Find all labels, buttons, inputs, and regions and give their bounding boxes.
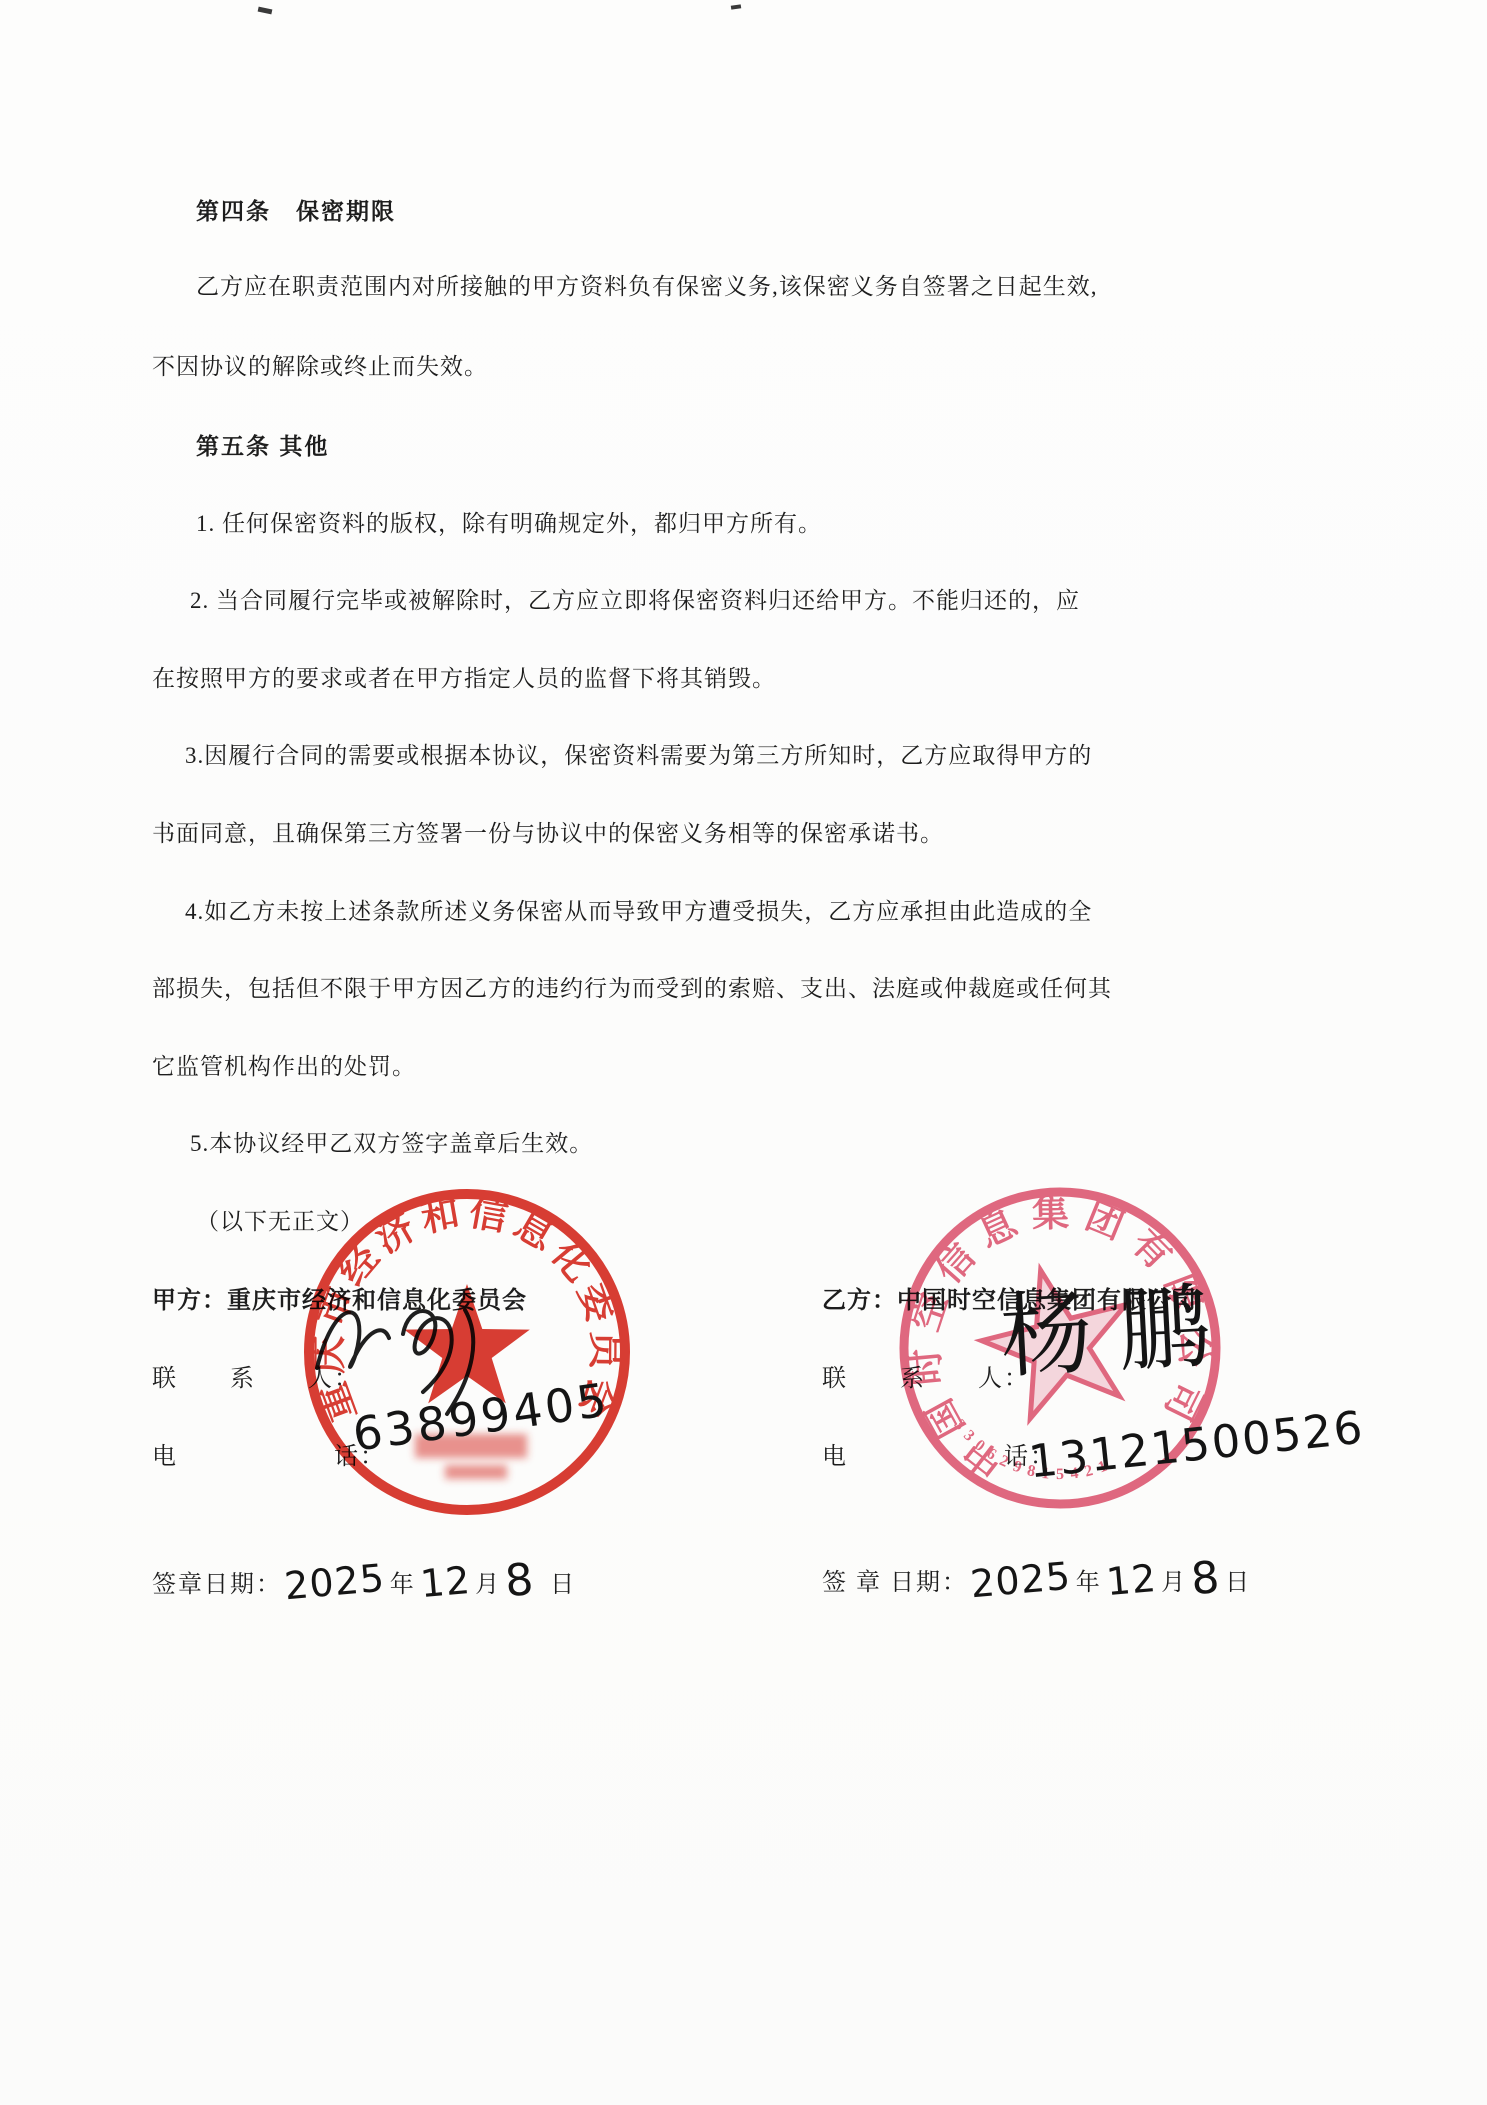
month-unit: 月: [475, 1564, 500, 1599]
clause-4-paragraph-line-2: 不因协议的解除或终止而失效。: [152, 348, 488, 381]
party-b-date-label: 签 章 日期：: [822, 1562, 968, 1597]
clause-5-item-3-line-1: 3.因履行合同的需要或根据本协议，保密资料需要为第三方所知时，乙方应取得甲方的: [185, 737, 1092, 770]
party-b-date-year-handwritten: 2025: [969, 1557, 1073, 1604]
party-b-contact-handwritten: 杨鹏: [997, 1252, 1240, 1396]
clause-5-item-2-line-1: 2. 当合同履行完毕或被解除时，乙方应立即将保密资料归还给甲方。不能归还的，应: [190, 582, 1080, 615]
party-a-date-line: 签章日期： 2025 年 12 月 8 日: [152, 1556, 578, 1600]
clause-4-heading: 第四条 保密期限: [196, 193, 396, 226]
day-unit: 日: [1225, 1562, 1250, 1597]
month-unit: 月: [1161, 1562, 1186, 1597]
party-b-date-day-handwritten: 8: [1189, 1556, 1222, 1602]
party-b-date-month-handwritten: 12: [1104, 1559, 1157, 1601]
scan-artifact: [731, 4, 741, 9]
clause-4-paragraph-line-1: 乙方应在职责范围内对所接触的甲方资料负有保密义务,该保密义务自签署之日起生效,: [196, 268, 1098, 301]
clause-5-item-4-line-2: 部损失，包括但不限于甲方因乙方的违约行为而受到的索赔、支出、法庭或仲裁庭或任何其: [152, 970, 1112, 1003]
party-b-date-line: 签 章 日期： 2025 年 12 月 8 日: [822, 1554, 1253, 1598]
party-a-date-label: 签章日期：: [152, 1564, 282, 1599]
day-unit: 日: [550, 1564, 575, 1599]
clause-5-item-4-line-1: 4.如乙方未按上述条款所述义务保密从而导致甲方遭受损失，乙方应承担由此造成的全: [185, 893, 1092, 926]
clause-5-heading: 第五条 其他: [196, 428, 329, 461]
party-a-date-month-handwritten: 12: [418, 1561, 471, 1603]
clause-5-item-1: 1. 任何保密资料的版权，除有明确规定外，都归甲方所有。: [196, 505, 822, 538]
year-unit: 年: [390, 1564, 415, 1599]
scan-artifact: [258, 7, 273, 15]
clause-5-item-5: 5.本协议经甲乙双方签字盖章后生效。: [190, 1125, 593, 1158]
clause-5-item-4-line-3: 它监管机构作出的处罚。: [152, 1048, 416, 1081]
clause-5-item-2-line-2: 在按照甲方的要求或者在甲方指定人员的监督下将其销毁。: [152, 660, 776, 693]
clause-5-item-3-line-2: 书面同意，且确保第三方签署一份与协议中的保密义务相等的保密承诺书。: [152, 815, 944, 848]
party-a-date-day-handwritten: 8: [503, 1558, 536, 1604]
contract-page: 第四条 保密期限 乙方应在职责范围内对所接触的甲方资料负有保密义务,该保密义务自…: [0, 0, 1487, 2105]
year-unit: 年: [1076, 1562, 1101, 1597]
party-a-date-year-handwritten: 2025: [283, 1559, 387, 1606]
